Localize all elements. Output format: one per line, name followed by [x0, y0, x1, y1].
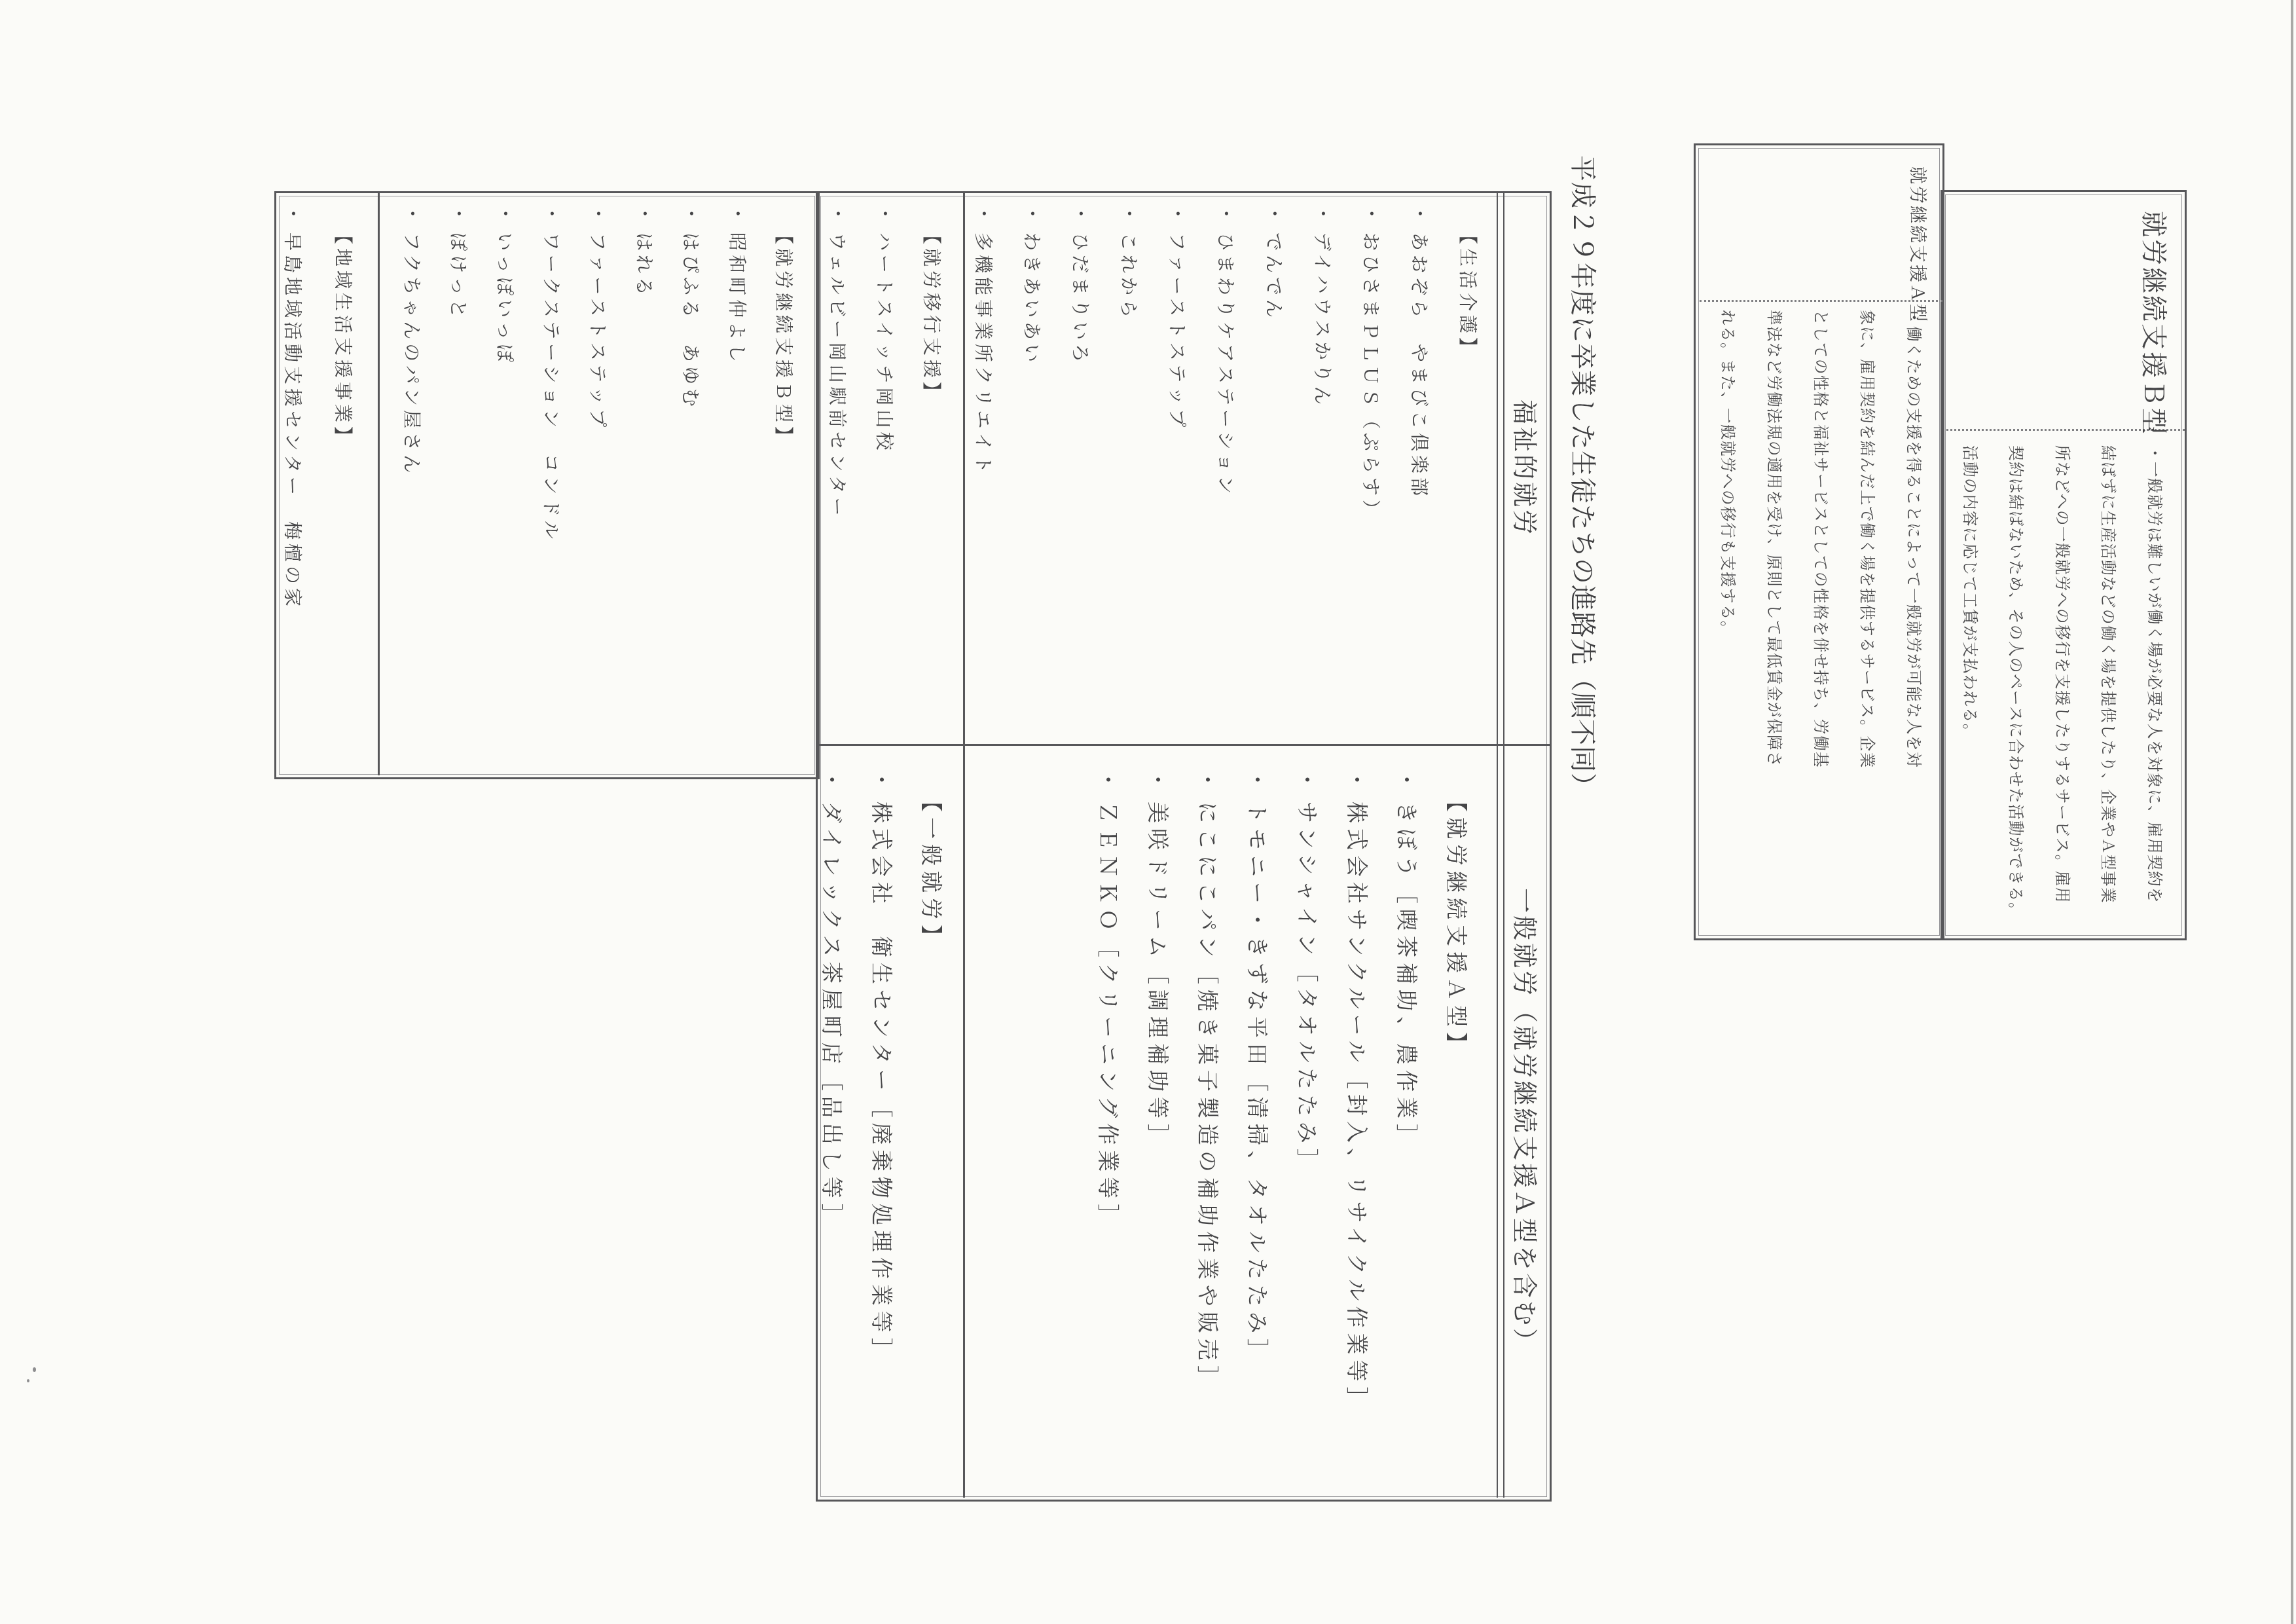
item-text: わきあいあい: [1021, 232, 1041, 366]
item-text: はれる: [633, 232, 653, 299]
description-line: 準法など労働法規の適用を受け、原則として最低賃金が保障さ: [1750, 310, 1796, 769]
item-text: ひまわりケアステーション: [1214, 232, 1235, 498]
bullet-dot: ・: [819, 769, 843, 796]
bullet-dot: ・: [1263, 204, 1283, 227]
description-lines: ・働くための支援を得ることによって一般就労が可能な人を対象に、雇用契約を結んだ上…: [1704, 310, 1936, 769]
facility-item: ・いっぽいっぽ: [481, 216, 527, 543]
item-text: れる。また、一般就労への移行も支援する。: [1719, 310, 1736, 637]
item-text: ワークステーション コンドル: [540, 232, 560, 543]
facility-item: ・サンシャイン［タオルたたみ］: [1281, 781, 1331, 1413]
facility-item: ・ひだまりいろ: [1055, 216, 1103, 522]
section-chiiki-seikatsu-shien: 【地域生活支援事業】 ・早島地域活動支援センター 梅檀の家: [266, 216, 367, 610]
facility-item: ・おひさまＰＬＵＳ（ぷらす）: [1345, 216, 1394, 522]
bullet-dot: ・: [1344, 769, 1368, 796]
item-text: 象に、雇用契約を結んだ上で働く場を提供するサービス。企業: [1858, 310, 1875, 769]
description-line: 象に、雇用契約を結んだ上で働く場を提供するサービス。企業: [1843, 310, 1889, 769]
facility-item: ・ワークステーション コンドル: [527, 216, 574, 543]
bullet-dot: ・: [972, 204, 993, 227]
facility-item: ・デイハウスかりん: [1297, 216, 1345, 522]
bullet-dot: ・: [873, 204, 894, 227]
bullet-dot: ・: [1394, 769, 1417, 796]
facility-list: ・ハートスイッチ岡山校・ウェルビー岡山駅前センター: [812, 216, 907, 520]
facility-list: ・きぼう［喫茶補助、農作業］・株式会社サンクルール［封入、リサイクル作業等］・サ…: [1082, 781, 1430, 1413]
facility-list: ・あおぞら やまびこ倶楽部・おひさまＰＬＵＳ（ぷらす）・デイハウスかりん・でんで…: [958, 216, 1442, 522]
section-heading: 【一般就労】: [905, 781, 955, 1365]
facility-item: ・早島地域活動支援センター 梅檀の家: [266, 216, 317, 610]
item-text: 多機能事業所クリエイト: [972, 232, 993, 477]
item-text: ウェルビー岡山駅前センター: [826, 232, 847, 520]
bullet-dot: ・: [633, 204, 653, 227]
bullet-dot: ・: [1069, 204, 1089, 227]
document-rotated-content: 平成２９年度に卒業した生徒たちの進路先（順不同） 福祉的就労 一般就労（就労継続…: [0, 0, 2296, 1624]
description-line: 契約は結ばないため、その人のペースに合わせた活動ができる。: [1992, 445, 2039, 919]
item-text: 株式会社サンクルール［封入、リサイクル作業等］: [1344, 802, 1368, 1413]
item-text: 昭和町仲よし: [726, 232, 746, 366]
item-text: 準法など労働法規の適用を受け、原則として最低賃金が保障さ: [1765, 310, 1782, 767]
section-shuro-iko-shien: 【就労移行支援】 ・ハートスイッチ岡山校・ウェルビー岡山駅前センター: [812, 216, 954, 520]
facility-list: ・早島地域活動支援センター 梅檀の家: [266, 216, 317, 610]
main-table-row-rule-2: [378, 191, 380, 775]
header-cell-welfare-employment: 福祉的就労: [1509, 193, 1545, 743]
item-text: ＺＥＮＫＯ［クリーニング作業等］: [1095, 802, 1119, 1230]
item-text: トモニー・きずな平田［清掃、タオルたたみ］: [1245, 802, 1268, 1365]
item-text: おひさまＰＬＵＳ（ぷらす）: [1360, 232, 1380, 522]
section-ippan-shuro: 【一般就労】 ・株式会社 衛生センター［廃棄物処理作業等］・ダイレックス茶屋町店…: [806, 781, 955, 1365]
bullet-dot: ・: [447, 204, 467, 227]
facility-item: ・あおぞら やまびこ倶楽部: [1394, 216, 1442, 522]
item-text: ファーストステップ: [1166, 232, 1186, 431]
facility-item: ・昭和町仲よし: [713, 216, 759, 543]
bullet-dot: ・: [1166, 204, 1186, 227]
item-text: でんでん: [1263, 232, 1283, 322]
description-line: 活動の内容に応じて工賃が支払われる。: [1946, 445, 1993, 919]
facility-item: ・ＺＥＮＫＯ［クリーニング作業等］: [1082, 781, 1132, 1413]
item-text: としての性格と福祉サービスとしての性格を併せ持ち、労働基: [1812, 310, 1829, 768]
item-text: にこにこパン［焼き菓子製造の補助作業や販売］: [1195, 802, 1218, 1392]
info-label-type-a: 就労継続支援Ａ型: [1906, 166, 1932, 323]
item-text: ダイレックス茶屋町店［品出し等］: [819, 802, 843, 1230]
description-line: ・一般就労は難しいが働く場が必要な人を対象に、雇用契約を: [2131, 445, 2178, 919]
description-line: ・働くための支援を得ることによって一般就労が可能な人を対: [1889, 310, 1936, 769]
section-heading: 【生活介護】: [1442, 216, 1491, 522]
item-text: はぴふる あゆむ: [680, 232, 700, 411]
section-heading: 【就労継続支援Ａ型】: [1430, 781, 1480, 1413]
facility-item: ・ひまわりケアステーション: [1200, 216, 1248, 522]
item-text: ・一般就労は難しいが働く場が必要な人を対象に、雇用契約を: [2145, 445, 2162, 904]
item-text: ハートスイッチ岡山校: [873, 232, 894, 454]
item-text: サンシャイン［タオルたたみ］: [1294, 802, 1318, 1175]
item-text: ひだまりいろ: [1069, 232, 1089, 366]
facility-item: ・これから: [1103, 216, 1152, 522]
section-keizoku-shien-a: 【就労継続支援Ａ型】 ・きぼう［喫茶補助、農作業］・株式会社サンクルール［封入、…: [1082, 781, 1480, 1413]
item-text: 早島地域活動支援センター 梅檀の家: [282, 232, 302, 610]
section-keizoku-shien-b: 【就労継続支援Ｂ型】 ・昭和町仲よし・はぴふる あゆむ・はれる・ファーストステッ…: [388, 216, 806, 543]
item-text: ・働くための支援を得ることによって一般就労が可能な人を対: [1904, 310, 1922, 768]
facility-item: ・ファーストステップ: [574, 216, 620, 543]
facility-item: ・ぽけっと: [434, 216, 481, 543]
description-lines: ・一般就労は難しいが働く場が必要な人を対象に、雇用契約を結ばずに生産活動などの働…: [1946, 445, 2178, 919]
bullet-dot: ・: [869, 769, 892, 796]
info-description-type-a: ・働くための支援を得ることによって一般就労が可能な人を対象に、雇用契約を結んだ上…: [1704, 310, 1936, 769]
facility-item: ・わきあいあい: [1006, 216, 1055, 522]
item-text: ファーストステップ: [587, 232, 607, 431]
item-text: 結ばずに生産活動などの働く場を提供したり、企業やＡ型事業: [2100, 445, 2117, 904]
bullet-dot: ・: [680, 204, 700, 227]
bullet-dot: ・: [1095, 769, 1119, 796]
section-heading: 【地域生活支援事業】: [317, 216, 367, 610]
description-line: としての性格と福祉サービスとしての性格を併せ持ち、労働基: [1796, 310, 1843, 769]
info-description-type-b: ・一般就労は難しいが働く場が必要な人を対象に、雇用契約を結ばずに生産活動などの働…: [1946, 445, 2178, 919]
facility-item: ・きぼう［喫茶補助、農作業］: [1381, 781, 1430, 1413]
bullet-dot: ・: [1311, 204, 1332, 227]
item-text: これから: [1118, 232, 1138, 322]
item-text: あおぞら やまびこ倶楽部: [1408, 232, 1429, 500]
bullet-dot: ・: [401, 204, 421, 227]
item-text: いっぽいっぽ: [494, 232, 514, 366]
item-text: デイハウスかりん: [1311, 232, 1332, 409]
info-label-type-b: 就労継続支援Ｂ型: [2137, 211, 2174, 436]
bullet-dot: ・: [1408, 204, 1429, 227]
main-table-header-rule: [1497, 191, 1504, 1498]
facility-item: ・ファーストステップ: [1152, 216, 1200, 522]
facility-list: ・株式会社 衛生センター［廃棄物処理作業等］・ダイレックス茶屋町店［品出し等］: [806, 781, 905, 1365]
facility-item: ・ハートスイッチ岡山校: [860, 216, 907, 520]
bullet-dot: ・: [1360, 204, 1380, 227]
bullet-dot: ・: [1214, 204, 1235, 227]
description-line: れる。また、一般就労への移行も支援する。: [1704, 310, 1750, 769]
bullet-dot: ・: [1294, 769, 1318, 796]
bullet-dot: ・: [1145, 769, 1169, 796]
bullet-dot: ・: [726, 204, 746, 227]
section-seikatsu-kaigo: 【生活介護】 ・あおぞら やまびこ倶楽部・おひさまＰＬＵＳ（ぷらす）・デイハウス…: [958, 216, 1491, 522]
scan-speck: [33, 1367, 36, 1372]
item-text: 美咲ドリーム［調理補助等］: [1145, 802, 1169, 1151]
bullet-dot: ・: [282, 204, 302, 227]
item-text: ぽけっと: [447, 232, 467, 322]
item-text: 所などへの一般就労への移行を支援したりするサービス。雇用: [2053, 445, 2070, 904]
facility-item: ・株式会社サンクルール［封入、リサイクル作業等］: [1331, 781, 1381, 1413]
scanned-page: 平成２９年度に卒業した生徒たちの進路先（順不同） 福祉的就労 一般就労（就労継続…: [0, 0, 2296, 1624]
bullet-dot: ・: [540, 204, 560, 227]
item-text: 活動の内容に応じて工賃が支払われる。: [1961, 445, 1978, 740]
facility-item: ・美咲ドリーム［調理補助等］: [1132, 781, 1182, 1413]
item-text: 契約は結ばないため、その人のペースに合わせた活動ができる。: [2007, 445, 2024, 919]
item-text: きぼう［喫茶補助、農作業］: [1394, 802, 1417, 1151]
facility-item: ・はぴふる あゆむ: [666, 216, 713, 543]
bullet-dot: ・: [1118, 204, 1138, 227]
description-line: 結ばずに生産活動などの働く場を提供したり、企業やＡ型事業: [2085, 445, 2131, 919]
facility-item: ・はれる: [620, 216, 666, 543]
facility-list: ・昭和町仲よし・はぴふる あゆむ・はれる・ファーストステップ・ワークステーション…: [388, 216, 759, 543]
scan-speck: [27, 1379, 29, 1382]
facility-item: ・株式会社 衛生センター［廃棄物処理作業等］: [856, 781, 905, 1365]
bullet-dot: ・: [494, 204, 514, 227]
item-text: フクちゃんのパン屋さん: [401, 232, 421, 477]
bullet-dot: ・: [826, 204, 847, 227]
facility-item: ・多機能事業所クリエイト: [958, 216, 1006, 522]
bullet-dot: ・: [1021, 204, 1041, 227]
facility-item: ・ウェルビー岡山駅前センター: [812, 216, 860, 520]
bullet-dot: ・: [1245, 769, 1268, 796]
scan-edge-line: [2291, 0, 2293, 1624]
facility-item: ・ダイレックス茶屋町店［品出し等］: [806, 781, 856, 1365]
facility-item: ・フクちゃんのパン屋さん: [388, 216, 434, 543]
section-heading: 【就労移行支援】: [907, 216, 954, 520]
page-title: 平成２９年度に卒業した生徒たちの進路先（順不同）: [1566, 155, 1603, 800]
facility-item: ・トモニー・きずな平田［清掃、タオルたたみ］: [1231, 781, 1281, 1413]
bullet-dot: ・: [587, 204, 607, 227]
facility-item: ・でんでん: [1248, 216, 1297, 522]
description-line: 所などへの一般就労への移行を支援したりするサービス。雇用: [2039, 445, 2085, 919]
header-cell-general-employment: 一般就労（就労継続支援Ａ型を含む）: [1509, 746, 1545, 1498]
facility-item: ・にこにこパン［焼き菓子製造の補助作業や販売］: [1182, 781, 1231, 1413]
bullet-dot: ・: [1195, 769, 1218, 796]
main-table-column-separator: [820, 744, 1552, 746]
section-heading: 【就労継続支援Ｂ型】: [759, 216, 806, 543]
item-text: 株式会社 衛生センター［廃棄物処理作業等］: [869, 802, 892, 1365]
